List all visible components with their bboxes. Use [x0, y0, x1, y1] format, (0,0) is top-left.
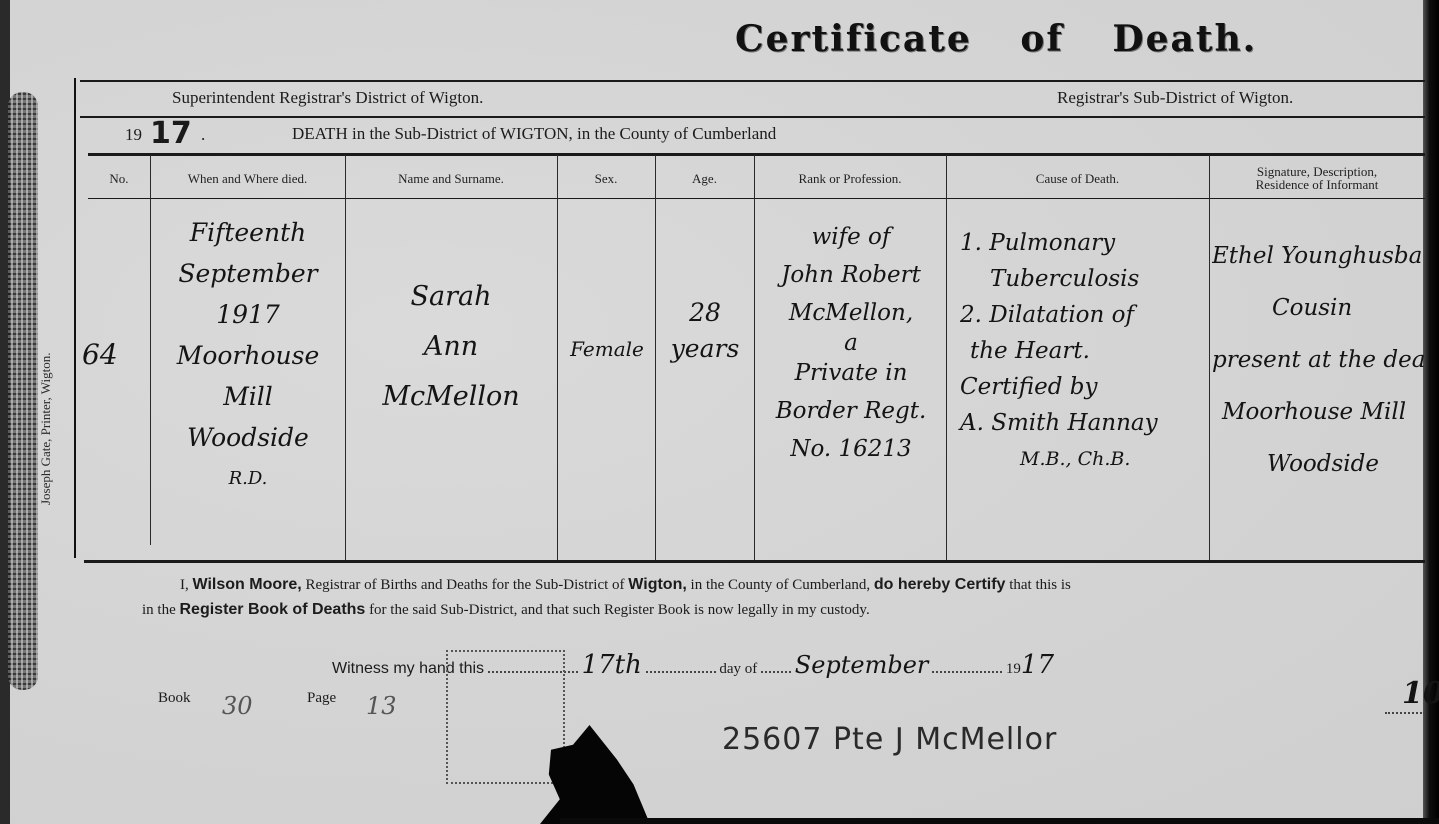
printer-imprint: Joseph Gate, Printer, Wigton. [38, 352, 54, 505]
informant-line: Cousin [1212, 282, 1352, 334]
rank-line: Border Regt. [776, 392, 927, 430]
rule-top [80, 80, 1425, 82]
cert-certify: do hereby Certify [874, 576, 1006, 593]
header-rank: Rank or Profession. [754, 160, 946, 196]
death-heading: DEATH in the Sub-District of WIGTON, in … [292, 124, 776, 144]
title-word-of: of [1020, 18, 1064, 60]
when-line: 1917 [216, 294, 280, 335]
stamp-outline [446, 650, 565, 784]
cert-text: Registrar of Births and Deaths for the S… [305, 577, 624, 593]
cause-line: A. Smith Hannay [960, 405, 1158, 441]
cert-text: in the [142, 602, 176, 618]
cert-text: in the County of Cumberland, [691, 577, 871, 593]
certification-line-1: I, Wilson Moore, Registrar of Births and… [180, 576, 1071, 594]
certification-line-2: in the Register Book of Deaths for the s… [142, 601, 870, 619]
witness-year-prefix: 19 [1006, 661, 1021, 677]
rule-column-headers [88, 198, 1425, 199]
frame-left-border [74, 78, 76, 558]
book-value: 30 [222, 692, 253, 720]
rank-line: No. 16213 [790, 430, 911, 468]
cause-line: the Heart. [960, 333, 1090, 369]
year-dot: . [201, 125, 205, 145]
page-label: Page [307, 690, 336, 707]
cell-cause: 1. Pulmonary Tuberculosis 2. Dilatation … [960, 225, 1208, 477]
where-line: R.D. [229, 458, 268, 499]
rank-line: McMellon, [789, 294, 913, 332]
certificate-title: Certificate of Death. [735, 18, 1257, 60]
cause-line: 2. Dilatation of [960, 297, 1134, 333]
registrar-subdistrict: Registrar's Sub-District of Wigton. [1057, 88, 1293, 108]
name-middle: Ann [424, 322, 478, 372]
header-informant: Signature, Description, Residence of Inf… [1209, 160, 1425, 196]
day-of-label: day of [719, 661, 757, 677]
column-separator [655, 155, 656, 560]
column-separator [946, 155, 947, 560]
rank-line: wife of [812, 218, 891, 256]
header-age: Age. [655, 160, 754, 196]
superintendent-district: Superintendent Registrar's District of W… [172, 88, 483, 108]
book-label: Book [158, 690, 191, 707]
cell-informant: Ethel Younghusband Cousin present at the… [1212, 230, 1424, 490]
dotted-leader [646, 659, 716, 673]
cell-entry-no: 64 [82, 338, 118, 371]
header-sex: Sex. [557, 160, 655, 196]
margin-dotted-line [1385, 700, 1425, 714]
name-surname: McMellon [382, 372, 519, 422]
title-word-certificate: Certificate [735, 18, 972, 60]
title-word-death: Death. [1112, 18, 1257, 60]
rank-line: Private in [795, 354, 908, 392]
cert-district: Wigton, [628, 576, 687, 593]
where-line: Woodside [187, 417, 309, 458]
cause-line: Tuberculosis [960, 261, 1139, 297]
cause-line: 1. Pulmonary [960, 225, 1115, 261]
header-cause: Cause of Death. [946, 160, 1209, 196]
witness-line: Witness my hand this 17th day of Septemb… [332, 650, 1054, 680]
cell-sex: Female [559, 337, 655, 361]
cert-text: for the said Sub-District, and that such… [369, 602, 870, 618]
rule-heading [88, 153, 1425, 156]
service-number-annotation: 25607 Pte J McMellor [722, 722, 1057, 757]
cell-rank: wife of John Robert McMellon, a Private … [756, 218, 946, 468]
year-printed-prefix: 19 [125, 125, 142, 145]
when-line: September [178, 253, 317, 294]
column-separator [345, 155, 346, 560]
rank-line: John Robert [781, 256, 921, 294]
scan-bottom-edge [560, 818, 1439, 824]
cell-age: 28 years [657, 295, 753, 367]
column-separator [1209, 155, 1210, 560]
decorative-border-strip [8, 92, 38, 690]
where-line: Moorhouse [177, 335, 320, 376]
informant-line: present at the death [1212, 334, 1424, 386]
dotted-leader [761, 659, 791, 673]
registrar-name: Wilson Moore, [193, 576, 302, 593]
when-line: Fifteenth [190, 212, 306, 253]
informant-line: Ethel Younghusband [1212, 230, 1424, 282]
page-value: 13 [366, 692, 397, 720]
cell-name: Sarah Ann McMellon [347, 272, 555, 422]
rule-district [80, 116, 1425, 118]
rule-table-bottom [84, 560, 1425, 563]
witness-day: 17th [582, 650, 642, 680]
cert-text: I, [180, 577, 189, 593]
header-when-where: When and Where died. [150, 160, 345, 196]
header-informant-line2: Residence of Informant [1256, 178, 1379, 191]
header-no: No. [88, 160, 150, 196]
column-separator [150, 155, 151, 545]
witness-year-suffix: 17 [1021, 650, 1054, 680]
name-first: Sarah [411, 272, 492, 322]
cert-text: that this is [1009, 577, 1071, 593]
dotted-leader [932, 659, 1002, 673]
header-name: Name and Surname. [345, 160, 557, 196]
informant-line: Moorhouse Mill [1212, 386, 1406, 438]
cause-line: M.B., Ch.B. [960, 441, 1130, 477]
cause-line: Certified by [960, 369, 1098, 405]
year-handwritten: 17 [150, 116, 192, 151]
age-value: 28 [689, 295, 721, 331]
informant-line: Woodside [1212, 438, 1379, 490]
register-book-label: Register Book of Deaths [180, 601, 366, 618]
age-unit: years [671, 331, 740, 367]
witness-month: September [795, 651, 929, 679]
rank-line: a [844, 332, 858, 354]
column-separator [557, 155, 558, 560]
column-separator [754, 155, 755, 560]
cell-when-where: Fifteenth September 1917 Moorhouse Mill … [152, 212, 344, 499]
where-line: Mill [223, 376, 273, 417]
